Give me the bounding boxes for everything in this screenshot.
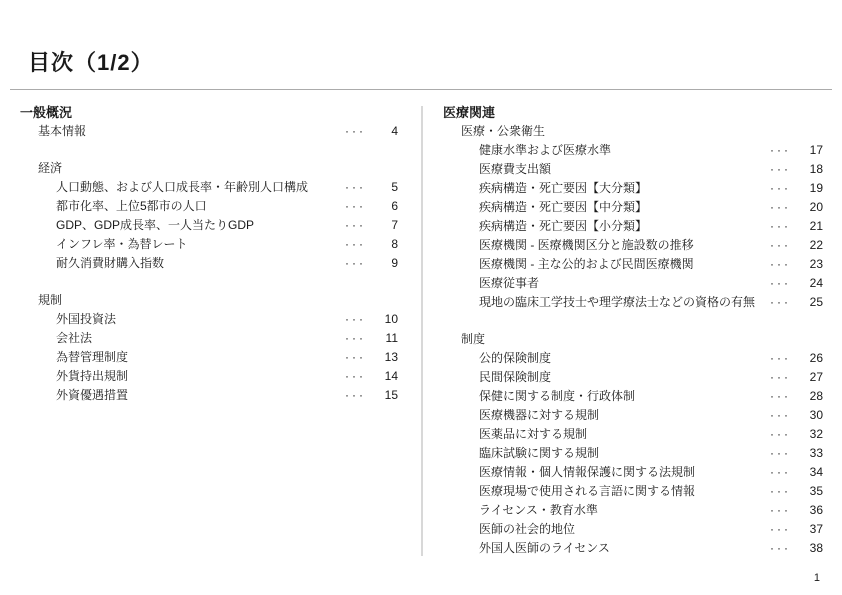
toc-entry: 人口動態、および人口成長率・年齢別人口構成···5 xyxy=(20,178,398,197)
toc-entry-page: 5 xyxy=(372,178,398,197)
toc-entry-label: 医療現場で使用される言語に関する情報 xyxy=(479,482,770,501)
toc-entry-page: 34 xyxy=(797,463,823,482)
toc-entry-label: 為替管理制度 xyxy=(56,348,345,367)
toc-leader-dots: ··· xyxy=(345,386,366,405)
toc-entry: 基本情報···4 xyxy=(20,122,398,141)
toc-entry: 疾病構造・死亡要因【中分類】···20 xyxy=(443,198,823,217)
toc-entry-page: 15 xyxy=(372,386,398,405)
toc-entry: 医師の社会的地位···37 xyxy=(443,520,823,539)
toc-leader-dots: ··· xyxy=(770,520,791,539)
toc-section: 制度公的保険制度···26民間保険制度···27保健に関する制度・行政体制···… xyxy=(443,330,823,558)
toc-entry-label: 人口動態、および人口成長率・年齢別人口構成 xyxy=(56,178,345,197)
toc-entry-label: 医療機関 - 主な公的および民間医療機関 xyxy=(479,255,770,274)
toc-entry: 公的保険制度···26 xyxy=(443,349,823,368)
toc-entry: 医療現場で使用される言語に関する情報···35 xyxy=(443,482,823,501)
toc-entry: 医療情報・個人情報保護に関する法規制···34 xyxy=(443,463,823,482)
toc-entry-page: 11 xyxy=(372,329,398,348)
toc-entry-page: 23 xyxy=(797,255,823,274)
toc-entry-label: 医療機関 - 医療機関区分と施設数の推移 xyxy=(479,236,770,255)
toc-entry-label: 医師の社会的地位 xyxy=(479,520,770,539)
toc-leader-dots: ··· xyxy=(345,178,366,197)
toc-entry: 都市化率、上位5都市の人口···6 xyxy=(20,197,398,216)
toc-leader-dots: ··· xyxy=(345,348,366,367)
toc-entry-label: 民間保険制度 xyxy=(479,368,770,387)
toc-entry-page: 35 xyxy=(797,482,823,501)
toc-entry-label: 外資優遇措置 xyxy=(56,386,345,405)
toc-entry-page: 24 xyxy=(797,274,823,293)
toc-entry-label: 会社法 xyxy=(56,329,345,348)
toc-column-medical: 医療関連 医療・公衆衛生健康水準および医療水準···17医療費支出額···18疾… xyxy=(443,103,823,558)
toc-entry-page: 8 xyxy=(372,235,398,254)
toc-entry: 健康水準および医療水準···17 xyxy=(443,141,823,160)
toc-entry-label: 医薬品に対する規制 xyxy=(479,425,770,444)
toc-leader-dots: ··· xyxy=(345,122,366,141)
toc-sections: 基本情報···4経済人口動態、および人口成長率・年齢別人口構成···5都市化率、… xyxy=(20,122,398,405)
toc-entry-label: 耐久消費財購入指数 xyxy=(56,254,345,273)
toc-entry: 為替管理制度···13 xyxy=(20,348,398,367)
toc-entry-label: 外国人医師のライセンス xyxy=(479,539,770,558)
toc-leader-dots: ··· xyxy=(770,444,791,463)
toc-entry: 外貨持出規制···14 xyxy=(20,367,398,386)
toc-entry-label: GDP、GDP成長率、一人当たりGDP xyxy=(56,216,345,235)
toc-entry-page: 19 xyxy=(797,179,823,198)
page-title: 目次（1/2） xyxy=(28,46,154,77)
toc-entry-page: 21 xyxy=(797,217,823,236)
toc-entry: 疾病構造・死亡要因【小分類】···21 xyxy=(443,217,823,236)
toc-entry-page: 28 xyxy=(797,387,823,406)
toc-entry: 医療費支出額···18 xyxy=(443,160,823,179)
toc-entry-page: 38 xyxy=(797,539,823,558)
toc-leader-dots: ··· xyxy=(770,255,791,274)
toc-leader-dots: ··· xyxy=(345,197,366,216)
toc-entry-label: 臨床試験に関する規制 xyxy=(479,444,770,463)
toc-leader-dots: ··· xyxy=(345,329,366,348)
toc-entry-label: 医療機器に対する規制 xyxy=(479,406,770,425)
toc-section-title: 制度 xyxy=(443,330,823,349)
toc-leader-dots: ··· xyxy=(770,387,791,406)
toc-entry-page: 33 xyxy=(797,444,823,463)
toc-entry-page: 30 xyxy=(797,406,823,425)
toc-leader-dots: ··· xyxy=(770,463,791,482)
toc-leader-dots: ··· xyxy=(770,482,791,501)
toc-entry-label: インフレ率・為替レート xyxy=(56,235,345,254)
toc-entry-page: 7 xyxy=(372,216,398,235)
toc-leader-dots: ··· xyxy=(770,141,791,160)
toc-section: 医療・公衆衛生健康水準および医療水準···17医療費支出額···18疾病構造・死… xyxy=(443,122,823,312)
toc-entry-page: 4 xyxy=(372,122,398,141)
toc-leader-dots: ··· xyxy=(770,217,791,236)
toc-leader-dots: ··· xyxy=(345,254,366,273)
toc-column-heading: 一般概況 xyxy=(20,103,398,122)
toc-entry-page: 22 xyxy=(797,236,823,255)
toc-leader-dots: ··· xyxy=(770,501,791,520)
toc-entry-label: 疾病構造・死亡要因【大分類】 xyxy=(479,179,770,198)
toc-entry-page: 26 xyxy=(797,349,823,368)
toc-leader-dots: ··· xyxy=(770,236,791,255)
toc-entry-label: 疾病構造・死亡要因【小分類】 xyxy=(479,217,770,236)
toc-entry: 外資優遇措置···15 xyxy=(20,386,398,405)
column-divider xyxy=(421,106,423,556)
toc-entry: インフレ率・為替レート···8 xyxy=(20,235,398,254)
title-rule xyxy=(10,89,832,90)
toc-entry-page: 9 xyxy=(372,254,398,273)
toc-entry-label: 公的保険制度 xyxy=(479,349,770,368)
toc-leader-dots: ··· xyxy=(770,179,791,198)
toc-entry-label: 基本情報 xyxy=(38,122,345,141)
toc-section: 基本情報···4 xyxy=(20,122,398,141)
toc-section-title: 経済 xyxy=(20,159,398,178)
toc-entry-page: 14 xyxy=(372,367,398,386)
toc-section: 経済人口動態、および人口成長率・年齢別人口構成···5都市化率、上位5都市の人口… xyxy=(20,159,398,273)
toc-entry-page: 37 xyxy=(797,520,823,539)
toc-leader-dots: ··· xyxy=(770,368,791,387)
toc-column-heading: 医療関連 xyxy=(443,103,823,122)
toc-entry-page: 17 xyxy=(797,141,823,160)
toc-entry-label: 医療従事者 xyxy=(479,274,770,293)
toc-entry-page: 6 xyxy=(372,197,398,216)
toc-entry-label: 都市化率、上位5都市の人口 xyxy=(56,197,345,216)
toc-leader-dots: ··· xyxy=(770,349,791,368)
toc-entry-page: 18 xyxy=(797,160,823,179)
toc-leader-dots: ··· xyxy=(770,293,791,312)
toc-entry-label: 健康水準および医療水準 xyxy=(479,141,770,160)
toc-leader-dots: ··· xyxy=(770,406,791,425)
toc-entry: 外国投資法···10 xyxy=(20,310,398,329)
toc-leader-dots: ··· xyxy=(770,160,791,179)
toc-leader-dots: ··· xyxy=(770,198,791,217)
toc-entry-label: ライセンス・教育水準 xyxy=(479,501,770,520)
toc-entry-label: 医療情報・個人情報保護に関する法規制 xyxy=(479,463,770,482)
toc-entry-page: 32 xyxy=(797,425,823,444)
toc-entry: 会社法···11 xyxy=(20,329,398,348)
toc-entry: 医療機関 - 医療機関区分と施設数の推移···22 xyxy=(443,236,823,255)
toc-entry-page: 36 xyxy=(797,501,823,520)
toc-leader-dots: ··· xyxy=(770,539,791,558)
toc-entry-label: 保健に関する制度・行政体制 xyxy=(479,387,770,406)
toc-leader-dots: ··· xyxy=(345,367,366,386)
toc-leader-dots: ··· xyxy=(345,235,366,254)
toc-entry: 医療従事者···24 xyxy=(443,274,823,293)
toc-entry-page: 13 xyxy=(372,348,398,367)
toc-entry: 外国人医師のライセンス···38 xyxy=(443,539,823,558)
footer-page-number: 1 xyxy=(814,572,820,584)
toc-entry: 医療機器に対する規制···30 xyxy=(443,406,823,425)
toc-section-title: 規制 xyxy=(20,291,398,310)
toc-entry-label: 現地の臨床工学技士や理学療法士などの資格の有無 xyxy=(479,293,770,312)
toc-entry: 疾病構造・死亡要因【大分類】···19 xyxy=(443,179,823,198)
toc-section: 規制外国投資法···10会社法···11為替管理制度···13外貨持出規制···… xyxy=(20,291,398,405)
toc-entry: 医薬品に対する規制···32 xyxy=(443,425,823,444)
toc-entry: 民間保険制度···27 xyxy=(443,368,823,387)
toc-leader-dots: ··· xyxy=(770,274,791,293)
toc-entry-label: 疾病構造・死亡要因【中分類】 xyxy=(479,198,770,217)
toc-leader-dots: ··· xyxy=(345,216,366,235)
toc-entry: 医療機関 - 主な公的および民間医療機関···23 xyxy=(443,255,823,274)
toc-entry-page: 27 xyxy=(797,368,823,387)
toc-section-title: 医療・公衆衛生 xyxy=(443,122,823,141)
toc-entry: 臨床試験に関する規制···33 xyxy=(443,444,823,463)
toc-entry: ライセンス・教育水準···36 xyxy=(443,501,823,520)
toc-entry-page: 25 xyxy=(797,293,823,312)
toc-entry: GDP、GDP成長率、一人当たりGDP···7 xyxy=(20,216,398,235)
toc-entry: 耐久消費財購入指数···9 xyxy=(20,254,398,273)
toc-leader-dots: ··· xyxy=(770,425,791,444)
toc-leader-dots: ··· xyxy=(345,310,366,329)
toc-entry: 現地の臨床工学技士や理学療法士などの資格の有無···25 xyxy=(443,293,823,312)
toc-entry-page: 10 xyxy=(372,310,398,329)
toc-entry-label: 外国投資法 xyxy=(56,310,345,329)
toc-column-general: 一般概況 基本情報···4経済人口動態、および人口成長率・年齢別人口構成···5… xyxy=(20,103,398,405)
toc-entry-page: 20 xyxy=(797,198,823,217)
toc: 一般概況 基本情報···4経済人口動態、および人口成長率・年齢別人口構成···5… xyxy=(20,103,823,558)
toc-entry: 保健に関する制度・行政体制···28 xyxy=(443,387,823,406)
toc-entry-label: 外貨持出規制 xyxy=(56,367,345,386)
toc-sections: 医療・公衆衛生健康水準および医療水準···17医療費支出額···18疾病構造・死… xyxy=(443,122,823,558)
toc-entry-label: 医療費支出額 xyxy=(479,160,770,179)
